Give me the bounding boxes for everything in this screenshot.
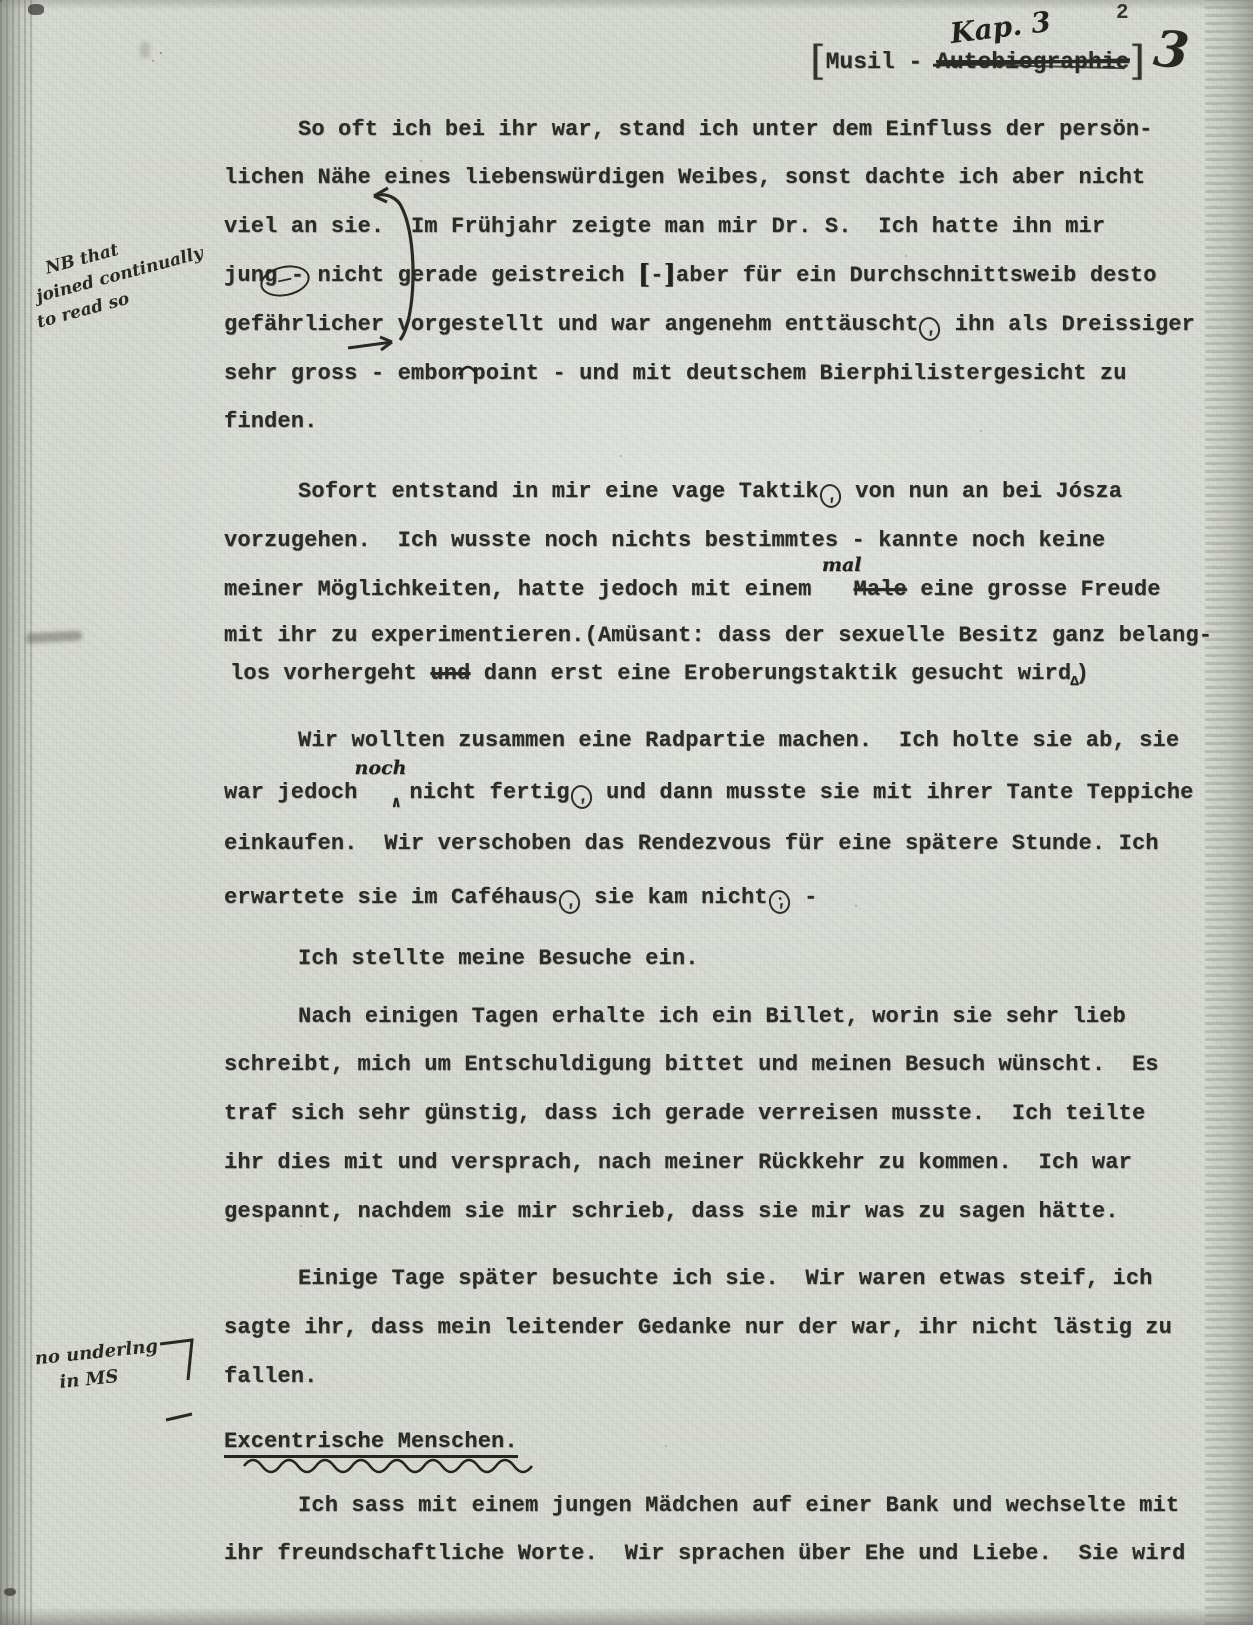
margin-note-lower: no underlng in MS	[34, 1334, 162, 1399]
typed-text: -	[791, 885, 818, 910]
typed-line: ihr dies mit und versprach, nach meiner …	[224, 1149, 1132, 1176]
hand-chapter-number: Kap. 3	[949, 8, 1053, 48]
typed-text: point - und mit deutschem Bierphilisterg…	[472, 361, 1126, 386]
typed-text: von nun an bei Jósza	[842, 479, 1122, 504]
typed-line: mit ihr zu experimentieren.(Amüsant: das…	[224, 622, 1212, 649]
header-title: [Musil - Autobiographie]	[810, 46, 1145, 77]
typed-line: los vorhergeht und dann erst eine Erober…	[230, 660, 1089, 690]
typed-line: Nach einigen Tagen erhalte ich ein Bille…	[298, 1003, 1126, 1030]
hand-bracket-open: [	[810, 38, 826, 84]
typed-text: nicht fertig	[396, 780, 570, 805]
typed-line: ihr freundschaftliche Worte. Wir sprache…	[224, 1540, 1185, 1567]
typed-line: schreibt, mich um Entschuldigung bittet …	[224, 1051, 1159, 1078]
typed-text: los vorhergeht	[230, 661, 430, 686]
typed-line: fallen.	[224, 1363, 317, 1390]
wavy-underline	[240, 1457, 550, 1475]
typed-text: Sofort entstand in mir eine vage Taktik	[298, 479, 819, 504]
title-kept: Musil -	[826, 49, 936, 75]
typed-text: gefährlicher vorgestellt und war angeneh…	[224, 312, 918, 337]
typed-page-number: 2	[1116, 2, 1129, 26]
proof-mark-circled-comma: ,	[568, 783, 594, 811]
struck-word-und: und	[430, 661, 470, 686]
hand-insert-mal: mal	[822, 554, 862, 576]
typed-line: finden.	[224, 408, 317, 435]
proof-mark-circled-comma: ,	[917, 315, 943, 343]
typed-line: Einige Tage später besuchte ich sie. Wir…	[298, 1265, 1153, 1292]
paper-noise	[0, 0, 2, 2]
typed-text: und dann musste sie mit ihrer Tante Tepp…	[593, 780, 1194, 805]
typed-line: vorzugehen. Ich wusste noch nichts besti…	[224, 527, 1105, 554]
typed-line: Sofort entstand in mir eine vage Taktik,…	[298, 478, 1122, 508]
struck-word-male: Male	[854, 577, 907, 602]
typed-line: Wir wollten zusammen eine Radpartie mach…	[298, 727, 1179, 754]
proof-mark-circled-semicolon: ;	[766, 888, 792, 916]
hand-bracket-close: ]	[1129, 38, 1145, 84]
manuscript-page: [Musil - Autobiographie] Kap. 3 2 3 So o…	[0, 0, 1253, 1625]
scan-edge-bottom	[0, 1607, 1253, 1625]
ink-speck	[28, 4, 44, 15]
smudge-mark	[140, 42, 150, 58]
typed-line: traf sich sehr günstig, dass ich gerade …	[224, 1100, 1145, 1127]
section-heading-text: Excentrische Menschen.	[224, 1429, 518, 1458]
typed-text: eine grosse Freude	[907, 577, 1161, 602]
scan-edge-right	[1205, 0, 1253, 1625]
scan-edge-top	[0, 0, 1253, 10]
typed-line: sehr gross - embonpoint - und mit deutsc…	[224, 360, 1127, 387]
caret-mark: ∧	[391, 794, 401, 812]
title-struck-autobiographie: Autobiographie	[936, 49, 1129, 75]
typed-line: Ich sass mit einem jungen Mädchen auf ei…	[298, 1492, 1179, 1519]
typed-text: sie kam nicht	[581, 885, 768, 910]
typed-text: war jedoch	[224, 780, 358, 805]
hand-bracket-open: [	[638, 260, 650, 290]
typed-text: meiner Möglichkeiten, hatte jedoch mit e…	[224, 577, 825, 602]
scan-edge-left	[0, 0, 36, 1625]
typed-text: ihn als Dreissiger	[941, 312, 1195, 337]
typed-text: -	[650, 263, 663, 288]
typed-text: dann erst eine Eroberungstaktik gesucht …	[470, 661, 1071, 686]
hand-insert-noch: noch	[355, 757, 407, 779]
typed-line: sagte ihr, dass mein leitender Gedanke n…	[224, 1314, 1172, 1341]
typed-line: erwartete sie im Caféhaus, sie kam nicht…	[224, 884, 817, 914]
hand-page-number: 3	[1151, 22, 1191, 77]
proof-mark-circled-comma: ,	[556, 888, 582, 916]
typed-line: So oft ich bei ihr war, stand ich unter …	[298, 116, 1153, 143]
typed-line: war jedochnoch∧ nicht fertig, und dann m…	[224, 779, 1193, 809]
margin-note-upper: NB that joined continually to read so	[27, 217, 212, 334]
typed-line: gespannt, nachdem sie mir schrieb, dass …	[224, 1198, 1119, 1225]
typed-line: Ich stellte meine Besuche ein.	[298, 945, 699, 972]
typed-line: meiner Möglichkeiten, hatte jedoch mit e…	[224, 576, 1161, 603]
typed-line: einkaufen. Wir verschoben das Rendezvous…	[224, 830, 1159, 857]
margin-note-hook-arrow	[330, 180, 420, 360]
proof-mark-circled-comma: ,	[817, 482, 843, 510]
section-heading: Excentrische Menschen.	[224, 1428, 518, 1455]
smudge-mark	[26, 631, 82, 644]
ink-speck	[4, 1588, 16, 1596]
typed-text: aber für ein Durchschnittsweib desto	[676, 263, 1157, 288]
proof-insert-sign: Δ	[1070, 674, 1078, 690]
typed-text: sehr gross - embon	[224, 361, 464, 386]
typed-text: erwartete sie im Caféhaus	[224, 885, 558, 910]
margin-note-bracket	[152, 1336, 202, 1426]
hand-bracket-close: ]	[664, 260, 676, 290]
